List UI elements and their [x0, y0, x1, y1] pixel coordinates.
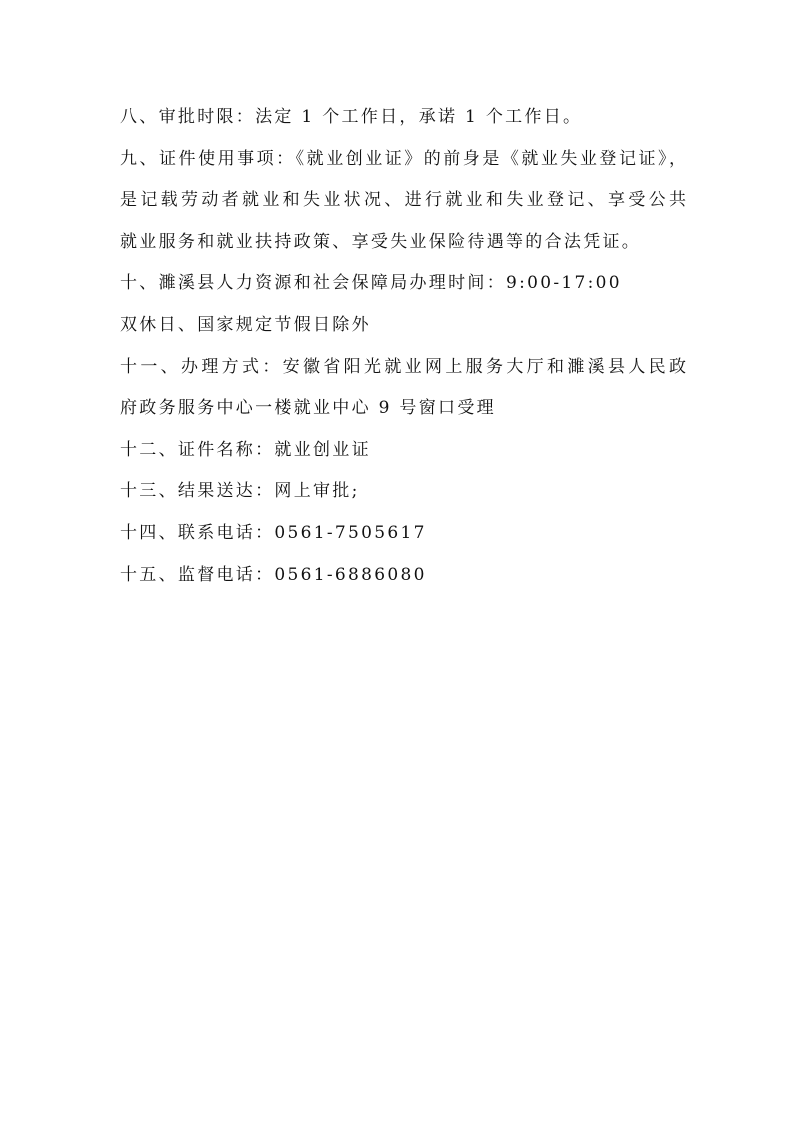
item-11-handling-method-line-1: 十一、办理方式：安徽省阳光就业网上服务大厅和濉溪县人民政 [120, 354, 686, 396]
item-9-certificate-usage-line-2: 是记载劳动者就业和失业状况、进行就业和失业登记、享受公共 [120, 187, 686, 229]
item-10-office-hours: 十、濉溪县人力资源和社会保障局办理时间：9:00-17:00 [120, 270, 686, 312]
item-12-certificate-name: 十二、证件名称：就业创业证 [120, 437, 686, 479]
item-14-contact-phone: 十四、联系电话：0561-7505617 [120, 520, 686, 562]
item-8-approval-time-limit: 八、审批时限：法定 1 个工作日，承诺 1 个工作日。 [120, 104, 686, 146]
item-9-certificate-usage-line-3: 就业服务和就业扶持政策、享受失业保险待遇等的合法凭证。 [120, 229, 686, 271]
item-13-result-delivery: 十三、结果送达：网上审批; [120, 478, 686, 520]
item-9-certificate-usage-line-1: 九、证件使用事项：《就业创业证》的前身是《就业失业登记证》， [120, 146, 686, 188]
item-10-office-hours-exception: 双休日、国家规定节假日除外 [120, 312, 686, 354]
item-11-handling-method-line-2: 府政务服务中心一楼就业中心 9 号窗口受理 [120, 395, 686, 437]
document-page: 八、审批时限：法定 1 个工作日，承诺 1 个工作日。 九、证件使用事项：《就业… [0, 0, 793, 1122]
document-body: 八、审批时限：法定 1 个工作日，承诺 1 个工作日。 九、证件使用事项：《就业… [120, 104, 686, 603]
item-15-supervision-phone: 十五、监督电话：0561-6886080 [120, 562, 686, 604]
